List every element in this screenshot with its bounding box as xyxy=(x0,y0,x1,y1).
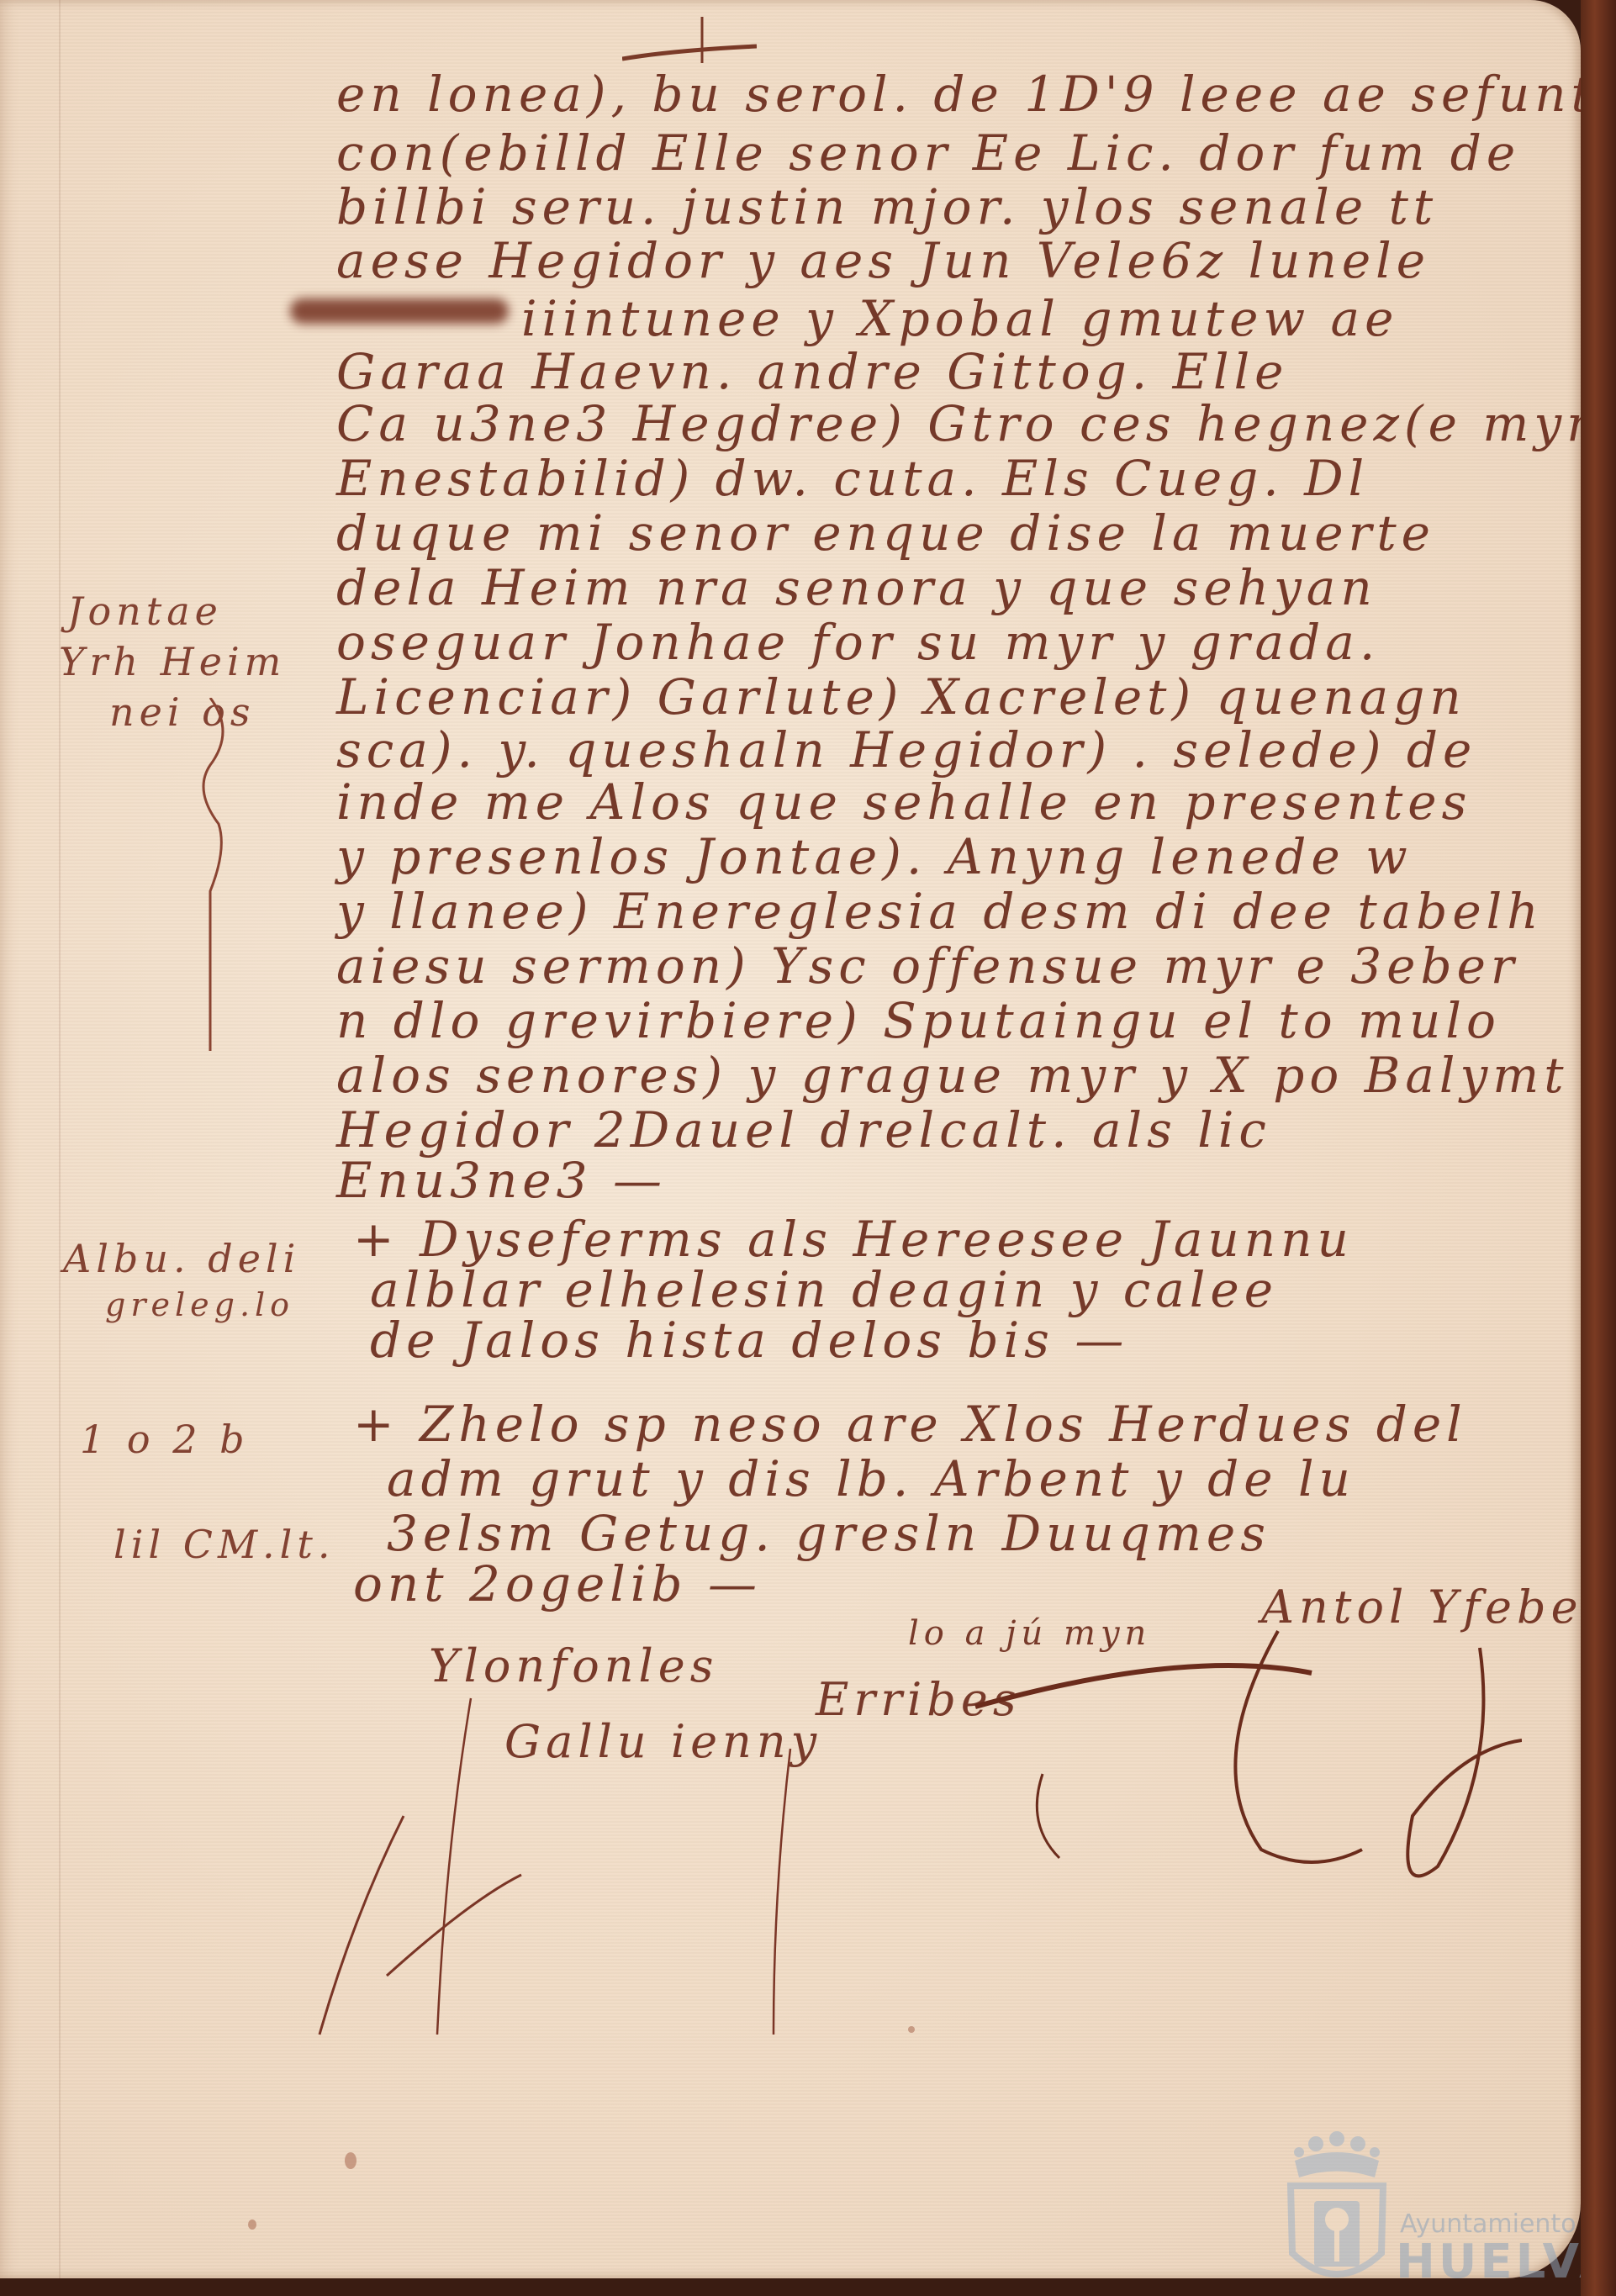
ayuntamiento-huelva-watermark: Ayuntamiento de HUELVA xyxy=(1261,2127,1581,2291)
body-line: n dlo grevirbiere) Sputaingu el to mulo xyxy=(336,992,1501,1049)
book-spine-edge xyxy=(1581,0,1616,2296)
body-line: dela Heim nra senora y que sehyan xyxy=(336,559,1377,616)
body-line: aiesu sermon) Ysc offensue myr e 3eber xyxy=(336,937,1519,995)
body-line: alblar elhelesin deagin y calee xyxy=(370,1261,1278,1318)
margin-note: lil CM.lt. xyxy=(114,1522,335,1567)
body-line: + Zhelo sp neso are Xlos Herdues del xyxy=(353,1396,1467,1453)
stain xyxy=(908,2026,915,2033)
ink-smudge xyxy=(290,298,509,324)
signature-flourishes xyxy=(303,1597,1522,2068)
body-line: inde me Alos que sehalle en presentes xyxy=(336,773,1471,831)
body-line: de Jalos hista delos bis — xyxy=(370,1312,1128,1369)
body-line: oseguar Jonhae for su myr y grada. xyxy=(336,614,1380,671)
body-line: aese Hegidor y aes Jun Vele6z lunele xyxy=(336,232,1430,289)
page-fold xyxy=(59,0,61,2278)
body-line: y llanee) Enereglesia desm di dee tabelh xyxy=(336,883,1544,940)
header-cross-mark xyxy=(622,13,757,71)
body-line: adm grut y dis lb. Arbent y de lu xyxy=(387,1450,1355,1507)
body-line: Ca u3ne3 Hegdree) Gtro ces hegnez(e myr xyxy=(336,395,1595,452)
body-line: con(ebilld Elle senor Ee Lic. dor fum de xyxy=(336,124,1520,182)
body-line: billbi seru. justin mjor. ylos senale tt xyxy=(336,178,1438,235)
margin-bracket xyxy=(193,698,244,1051)
margin-note: Yrh Heim xyxy=(59,639,286,684)
body-line: en lonea), bu serol. de 1D'9 leee ae sef… xyxy=(336,66,1616,123)
body-line: 3elsm Getug. gresln Duuqmes xyxy=(387,1505,1270,1562)
body-line: Enu3ne3 — xyxy=(336,1152,667,1209)
margin-note: greleg.lo xyxy=(105,1286,294,1323)
body-line: iiintunee y Xpobal gmutew ae xyxy=(521,290,1398,347)
body-line: sca). y. queshaln Hegidor) . selede) de xyxy=(336,721,1476,779)
body-line: Licenciar) Garlute) Xacrelet) quenagn xyxy=(336,668,1466,726)
body-line: Enestabilid) dw. cuta. Els Cueg. Dl xyxy=(336,450,1369,507)
margin-note: 1 o 2 b xyxy=(80,1417,250,1462)
margin-note: Jontae xyxy=(67,589,223,634)
body-line: y presenlos Jontae). Anyng lenede w xyxy=(336,828,1413,885)
stain xyxy=(248,2219,256,2230)
body-line: Hegidor 2Dauel drelcalt. als lic xyxy=(336,1101,1271,1159)
body-line: duque mi senor enque dise la muerte xyxy=(336,504,1435,562)
manuscript-page: en lonea), bu serol. de 1D'9 leee ae sef… xyxy=(0,0,1581,2278)
coat-of-arms-icon xyxy=(1282,2127,1392,2291)
margin-note: Albu. deli xyxy=(63,1236,300,1281)
body-line: + Dyseferms als Hereesee Jaunnu xyxy=(353,1211,1354,1268)
body-line: alos senores) y grague myr y X po Balymt xyxy=(336,1047,1569,1104)
stain xyxy=(345,2152,356,2169)
body-line: Garaa Haevn. andre Gittog. Elle xyxy=(336,343,1288,400)
